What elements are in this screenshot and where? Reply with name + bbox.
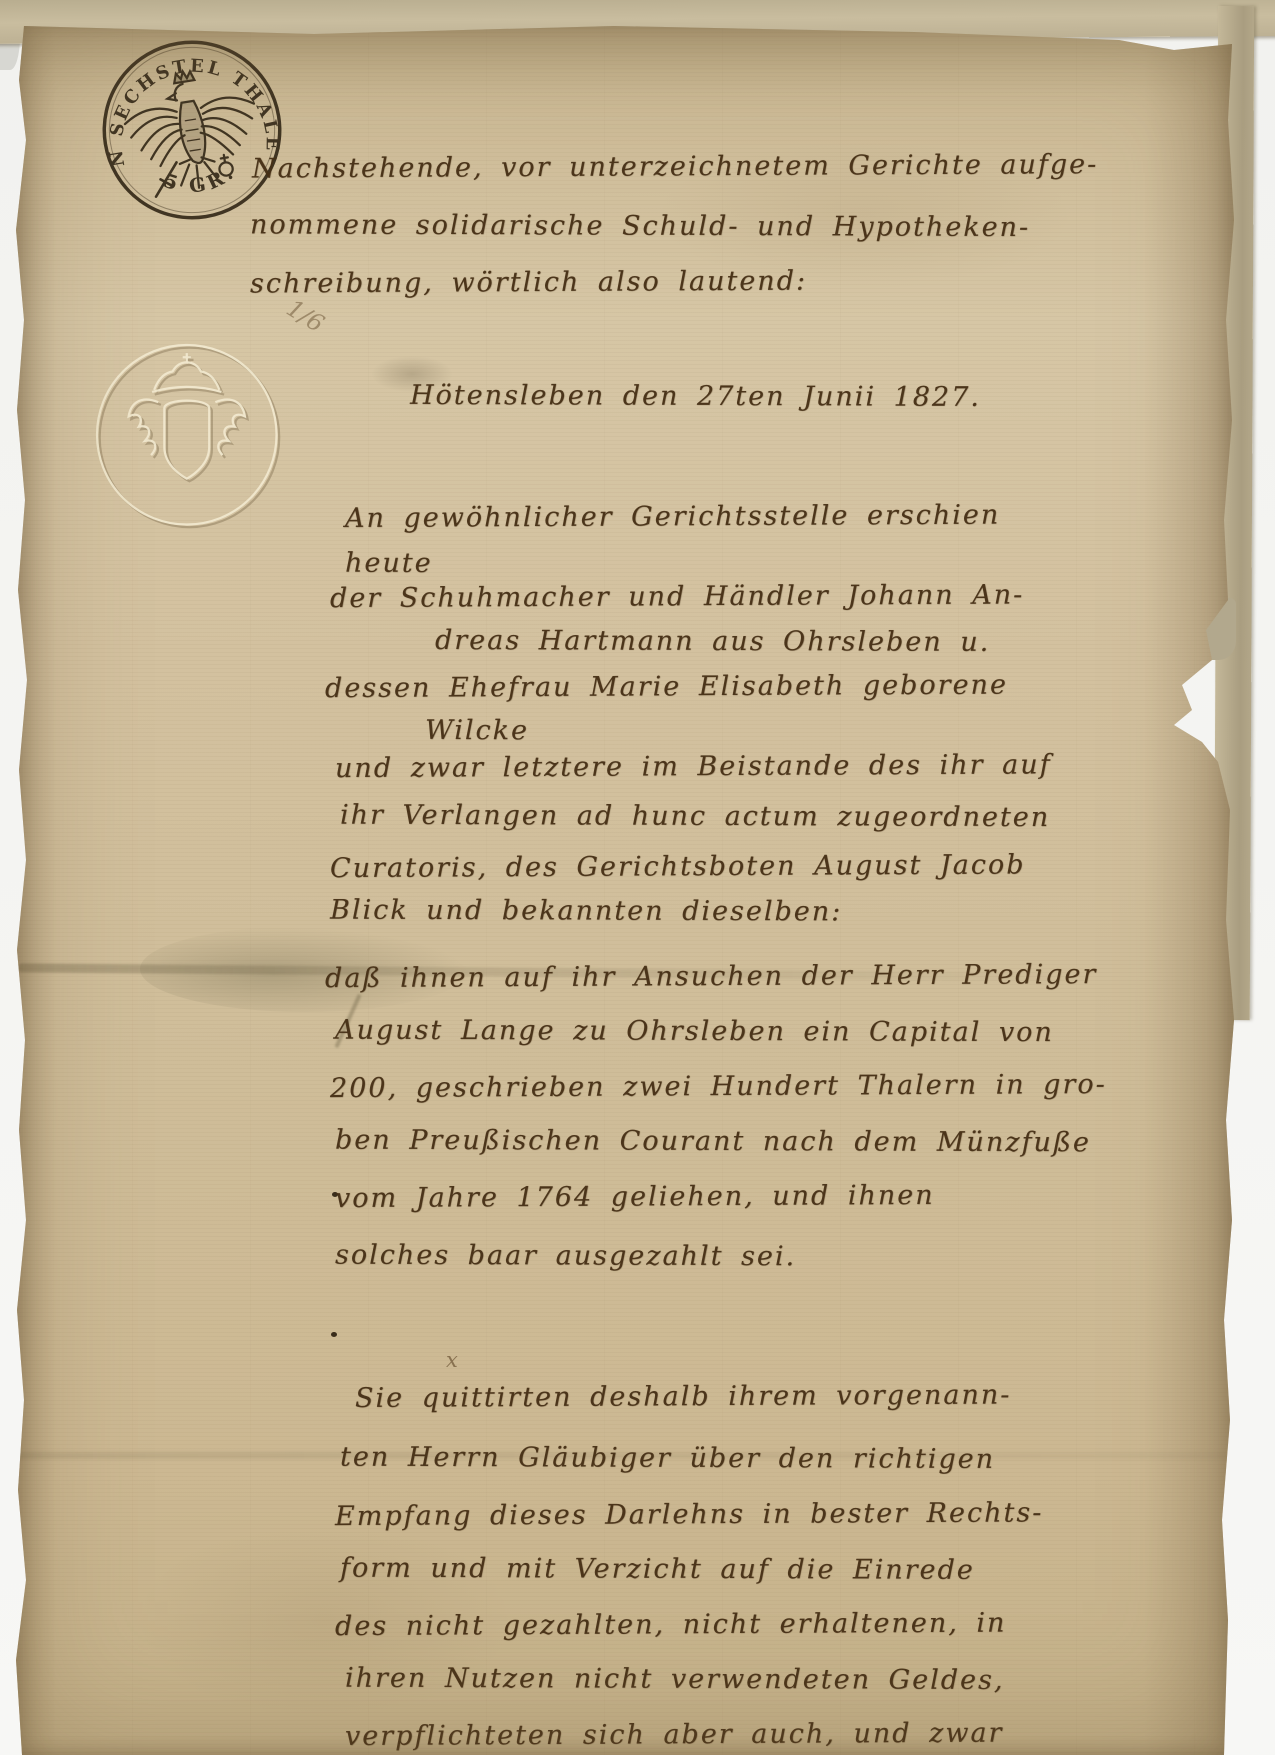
scan-vignette <box>14 20 1236 1755</box>
document-page: EIN SECHSTEL THALER 5 GR. <box>14 20 1236 1755</box>
scanned-document: EIN SECHSTEL THALER 5 GR. <box>0 0 1275 1755</box>
